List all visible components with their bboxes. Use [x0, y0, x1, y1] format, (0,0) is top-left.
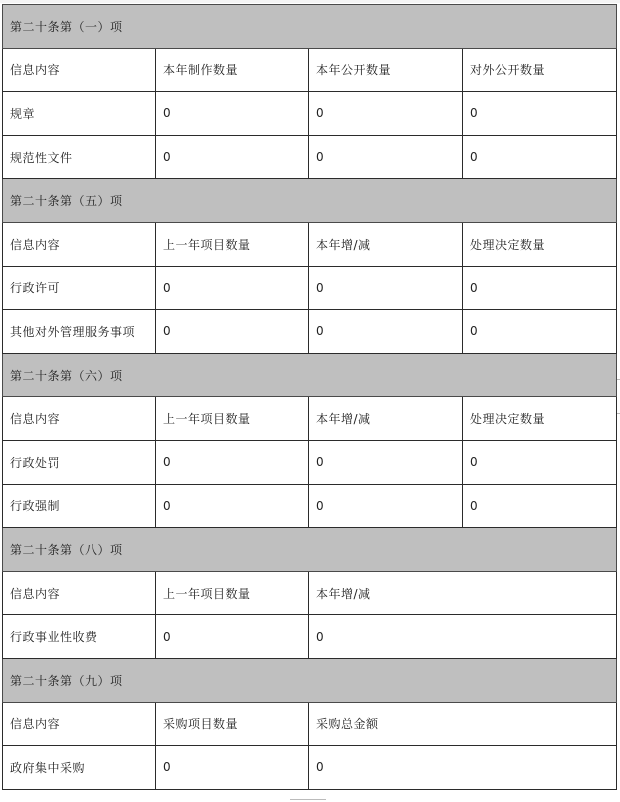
section-title: 第二十条第（五）项	[3, 179, 617, 223]
cell-value: 0	[463, 440, 617, 484]
section-title-row: 第二十条第（六）项	[3, 353, 617, 397]
cell-value: 0	[309, 440, 463, 484]
column-header-row: 信息内容 采购项目数量 采购总金额	[3, 702, 617, 746]
cell-value: 0	[156, 135, 309, 179]
column-header: 上一年项目数量	[156, 571, 309, 615]
information-disclosure-table: 第二十条第（一）项 信息内容 本年制作数量 本年公开数量 对外公开数量 规章 0…	[2, 4, 617, 790]
column-header: 信息内容	[3, 702, 156, 746]
table-row: 规范性文件 0 0 0	[3, 135, 617, 179]
column-header: 本年增/减	[309, 571, 617, 615]
column-header: 信息内容	[3, 48, 156, 92]
table-row: 规章 0 0 0	[3, 92, 617, 136]
cell-value: 0	[463, 310, 617, 354]
cell-value: 0	[463, 92, 617, 136]
table-row: 行政处罚 0 0 0	[3, 440, 617, 484]
column-header: 上一年项目数量	[156, 397, 309, 441]
cell-value: 0	[309, 266, 463, 310]
section-title-row: 第二十条第（一）项	[3, 5, 617, 49]
column-header: 信息内容	[3, 571, 156, 615]
column-header-row: 信息内容 上一年项目数量 本年增/减 处理决定数量	[3, 397, 617, 441]
column-header: 本年制作数量	[156, 48, 309, 92]
section-title: 第二十条第（一）项	[3, 5, 617, 49]
cell-value: 0	[156, 266, 309, 310]
cell-value: 0	[309, 135, 463, 179]
section-title: 第二十条第（九）项	[3, 658, 617, 702]
row-label: 规范性文件	[3, 135, 156, 179]
page-edge	[0, 0, 620, 3]
cell-value: 0	[309, 484, 463, 528]
column-header: 本年公开数量	[309, 48, 463, 92]
cell-value: 0	[309, 615, 617, 659]
section-title-row: 第二十条第（九）项	[3, 658, 617, 702]
column-header: 处理决定数量	[463, 397, 617, 441]
column-header: 采购项目数量	[156, 702, 309, 746]
row-label: 行政许可	[3, 266, 156, 310]
table-row: 行政许可 0 0 0	[3, 266, 617, 310]
column-header: 上一年项目数量	[156, 222, 309, 266]
table-row: 其他对外管理服务事项 0 0 0	[3, 310, 617, 354]
row-label: 行政处罚	[3, 440, 156, 484]
column-header-row: 信息内容 本年制作数量 本年公开数量 对外公开数量	[3, 48, 617, 92]
section-title-row: 第二十条第（八）项	[3, 528, 617, 572]
row-label: 行政强制	[3, 484, 156, 528]
cell-value: 0	[309, 746, 617, 790]
column-header: 信息内容	[3, 397, 156, 441]
table-row: 政府集中采购 0 0	[3, 746, 617, 790]
cell-value: 0	[463, 266, 617, 310]
cell-value: 0	[156, 484, 309, 528]
column-header-row: 信息内容 上一年项目数量 本年增/减 处理决定数量	[3, 222, 617, 266]
row-label: 政府集中采购	[3, 746, 156, 790]
cell-value: 0	[156, 310, 309, 354]
cell-value: 0	[156, 440, 309, 484]
cell-value: 0	[156, 92, 309, 136]
cell-value: 0	[309, 310, 463, 354]
cell-value: 0	[463, 135, 617, 179]
column-header: 对外公开数量	[463, 48, 617, 92]
section-title-row: 第二十条第（五）项	[3, 179, 617, 223]
row-label: 规章	[3, 92, 156, 136]
row-label: 行政事业性收费	[3, 615, 156, 659]
cell-value: 0	[463, 484, 617, 528]
section-title: 第二十条第（八）项	[3, 528, 617, 572]
row-label: 其他对外管理服务事项	[3, 310, 156, 354]
table-row: 行政强制 0 0 0	[3, 484, 617, 528]
column-header-row: 信息内容 上一年项目数量 本年增/减	[3, 571, 617, 615]
column-header: 本年增/减	[309, 222, 463, 266]
cell-value: 0	[156, 746, 309, 790]
column-header: 本年增/减	[309, 397, 463, 441]
cell-value: 0	[156, 615, 309, 659]
column-header: 采购总金额	[309, 702, 617, 746]
table-row: 行政事业性收费 0 0	[3, 615, 617, 659]
column-header: 处理决定数量	[463, 222, 617, 266]
cell-value: 0	[309, 92, 463, 136]
column-header: 信息内容	[3, 222, 156, 266]
section-title: 第二十条第（六）项	[3, 353, 617, 397]
